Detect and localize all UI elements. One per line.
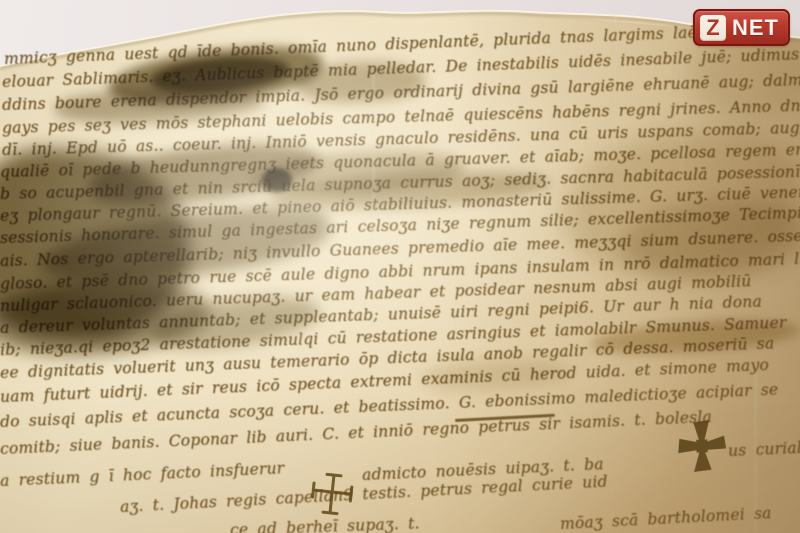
znet-logo-z-tile: Z (700, 15, 726, 41)
znet-logo-net-text: NET (732, 17, 779, 39)
cross-pattee-icon (677, 419, 727, 473)
fold-crease (614, 8, 617, 148)
fold-crease (680, 60, 683, 180)
small-cross-icon (308, 470, 356, 518)
manuscript-photo: mmicʒ genna uest qd īde bonis. omīa nuno… (0, 0, 800, 533)
znet-logo-z-letter: Z (706, 17, 719, 39)
fold-crease (754, 370, 757, 533)
znet-logo: Z NET (693, 9, 790, 46)
fold-crease (300, 330, 303, 533)
fold-crease (372, 75, 375, 325)
